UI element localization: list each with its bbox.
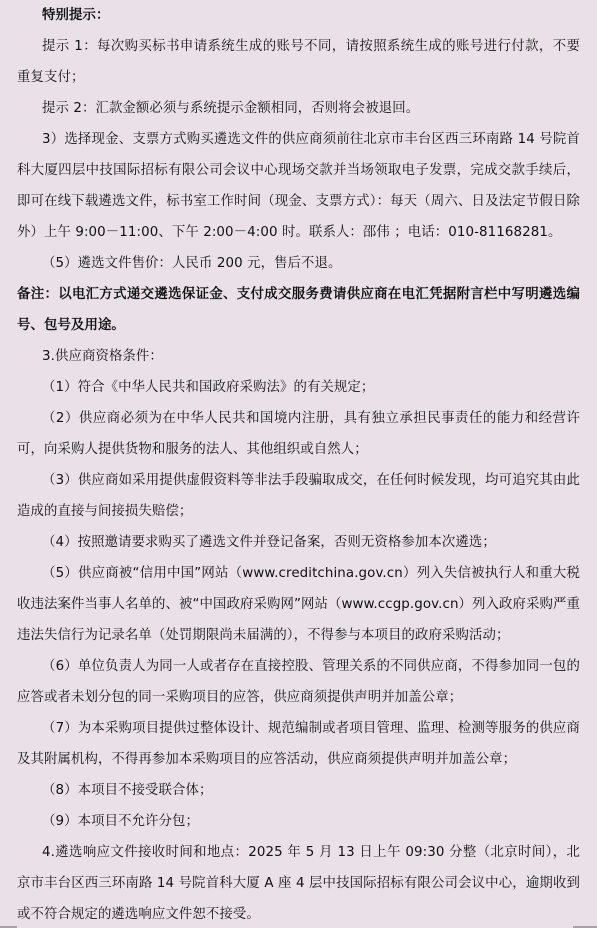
qualification-item: （8）本项目不接受联合体； [17,775,580,806]
qualification-item: （9）本项目不允许分包； [17,806,580,837]
document-body: 特别提示： 提示 1：每次购买标书申请系统生成的账号不同，请按照系统生成的账号进… [17,0,580,928]
qualification-list: （1）符合《中华人民共和国政府采购法》的有关规定； （2）供应商必须为在中华人民… [17,372,580,837]
document-price: （5）遴选文件售价：人民币 200 元，售后不退。 [17,248,580,279]
qualification-item: （1）符合《中华人民共和国政府采购法》的有关规定； [17,372,580,403]
special-notice-heading: 特别提示： [17,0,580,31]
qualification-item: （2）供应商必须为在中华人民共和国境内注册，具有独立承担民事责任的能力和经营许可… [17,403,580,465]
qualification-item: （3）供应商如采用提供虚假资料等非法手段骗取成交，在任何时候发现，均可追究其由此… [17,465,580,527]
cash-cheque-instructions: 3）选择现金、支票方式购买遴选文件的供应商须前往北京市丰台区西三环南路 14 号… [17,124,580,248]
remark: 备注：以电汇方式递交遴选保证金、支付成交服务费请供应商在电汇凭据附言栏中写明遴选… [17,279,580,341]
qualification-item: （5）供应商被“信用中国”网站（www.creditchina.gov.cn）列… [17,558,580,651]
section-3-heading: 3.供应商资格条件： [17,341,580,372]
qualification-item: （4）按照邀请要求购买了遴选文件并登记备案，否则无资格参加本次遴选； [17,527,580,558]
section-4-submission: 4.遴选响应文件接收时间和地点：2025 年 5 月 13 日上午 09:30 … [17,837,580,928]
qualification-item: （7）为本采购项目提供过整体设计、规范编制或者项目管理、监理、检测等服务的供应商… [17,713,580,775]
tip-2: 提示 2：汇款金额必须与系统提示金额相同，否则将会被退回。 [17,93,580,124]
qualification-item: （6）单位负责人为同一人或者存在直接控股、管理关系的不同供应商，不得参加同一包的… [17,651,580,713]
tip-1: 提示 1：每次购买标书申请系统生成的账号不同，请按照系统生成的账号进行付款，不要… [17,31,580,93]
